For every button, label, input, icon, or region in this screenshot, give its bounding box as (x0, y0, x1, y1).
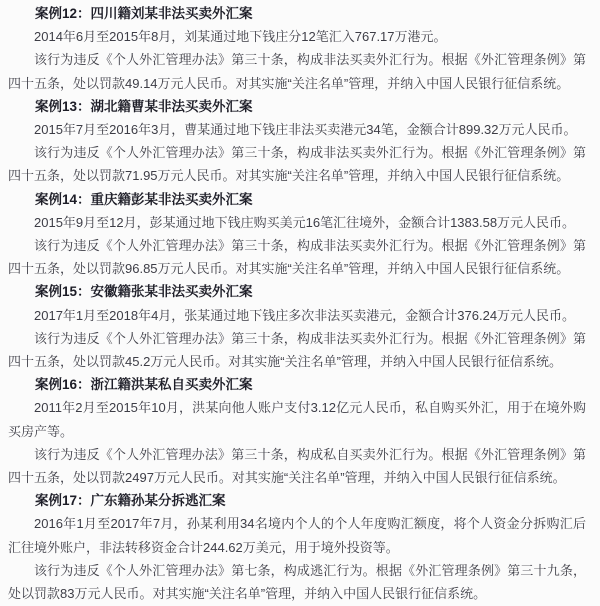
case-paragraph: 2011年2月至2015年10月，洪某向他人账户支付3.12亿元人民币，私自购买… (8, 396, 586, 442)
case-paragraph: 2015年9月至12月，彭某通过地下钱庄购买美元16笔汇往境外，金额合计1383… (8, 211, 586, 234)
case-section-15: 案例15：安徽籍张某非法买卖外汇案 2017年1月至2018年4月，张某通过地下… (8, 280, 586, 373)
case-section-13: 案例13：湖北籍曹某非法买卖外汇案 2015年7月至2016年3月，曹某通过地下… (8, 95, 586, 188)
case-section-17: 案例17：广东籍孙某分拆逃汇案 2016年1月至2017年7月，孙某利用34名境… (8, 489, 586, 605)
case-title: 案例15：安徽籍张某非法买卖外汇案 (8, 280, 586, 303)
case-paragraph: 该行为违反《个人外汇管理办法》第三十条，构成非法买卖外汇行为。根据《外汇管理条例… (8, 234, 586, 280)
case-title: 案例17：广东籍孙某分拆逃汇案 (8, 489, 586, 512)
case-title: 案例12：四川籍刘某非法买卖外汇案 (8, 2, 586, 25)
case-paragraph: 该行为违反《个人外汇管理办法》第三十条，构成非法买卖外汇行为。根据《外汇管理条例… (8, 327, 586, 373)
case-paragraph: 2016年1月至2017年7月，孙某利用34名境内个人的个人年度购汇额度，将个人… (8, 512, 586, 558)
case-section-14: 案例14：重庆籍彭某非法买卖外汇案 2015年9月至12月，彭某通过地下钱庄购买… (8, 188, 586, 281)
case-paragraph: 该行为违反《个人外汇管理办法》第三十条，构成私自买卖外汇行为。根据《外汇管理条例… (8, 443, 586, 489)
case-title: 案例16：浙江籍洪某私自买卖外汇案 (8, 373, 586, 396)
case-section-16: 案例16：浙江籍洪某私自买卖外汇案 2011年2月至2015年10月，洪某向他人… (8, 373, 586, 489)
case-paragraph: 该行为违反《个人外汇管理办法》第七条，构成逃汇行为。根据《外汇管理条例》第三十九… (8, 559, 586, 605)
case-paragraph: 该行为违反《个人外汇管理办法》第三十条，构成非法买卖外汇行为。根据《外汇管理条例… (8, 141, 586, 187)
case-paragraph: 2017年1月至2018年4月，张某通过地下钱庄多次非法买卖港元，金额合计376… (8, 304, 586, 327)
case-paragraph: 2014年6月至2015年8月，刘某通过地下钱庄分12笔汇入767.17万港元。 (8, 25, 586, 48)
case-paragraph: 2015年7月至2016年3月，曹某通过地下钱庄非法买卖港元34笔，金额合计89… (8, 118, 586, 141)
case-title: 案例14：重庆籍彭某非法买卖外汇案 (8, 188, 586, 211)
legal-cases-document: 案例12：四川籍刘某非法买卖外汇案 2014年6月至2015年8月，刘某通过地下… (0, 0, 600, 605)
case-title: 案例13：湖北籍曹某非法买卖外汇案 (8, 95, 586, 118)
case-paragraph: 该行为违反《个人外汇管理办法》第三十条，构成非法买卖外汇行为。根据《外汇管理条例… (8, 48, 586, 94)
case-section-12: 案例12：四川籍刘某非法买卖外汇案 2014年6月至2015年8月，刘某通过地下… (8, 2, 586, 95)
